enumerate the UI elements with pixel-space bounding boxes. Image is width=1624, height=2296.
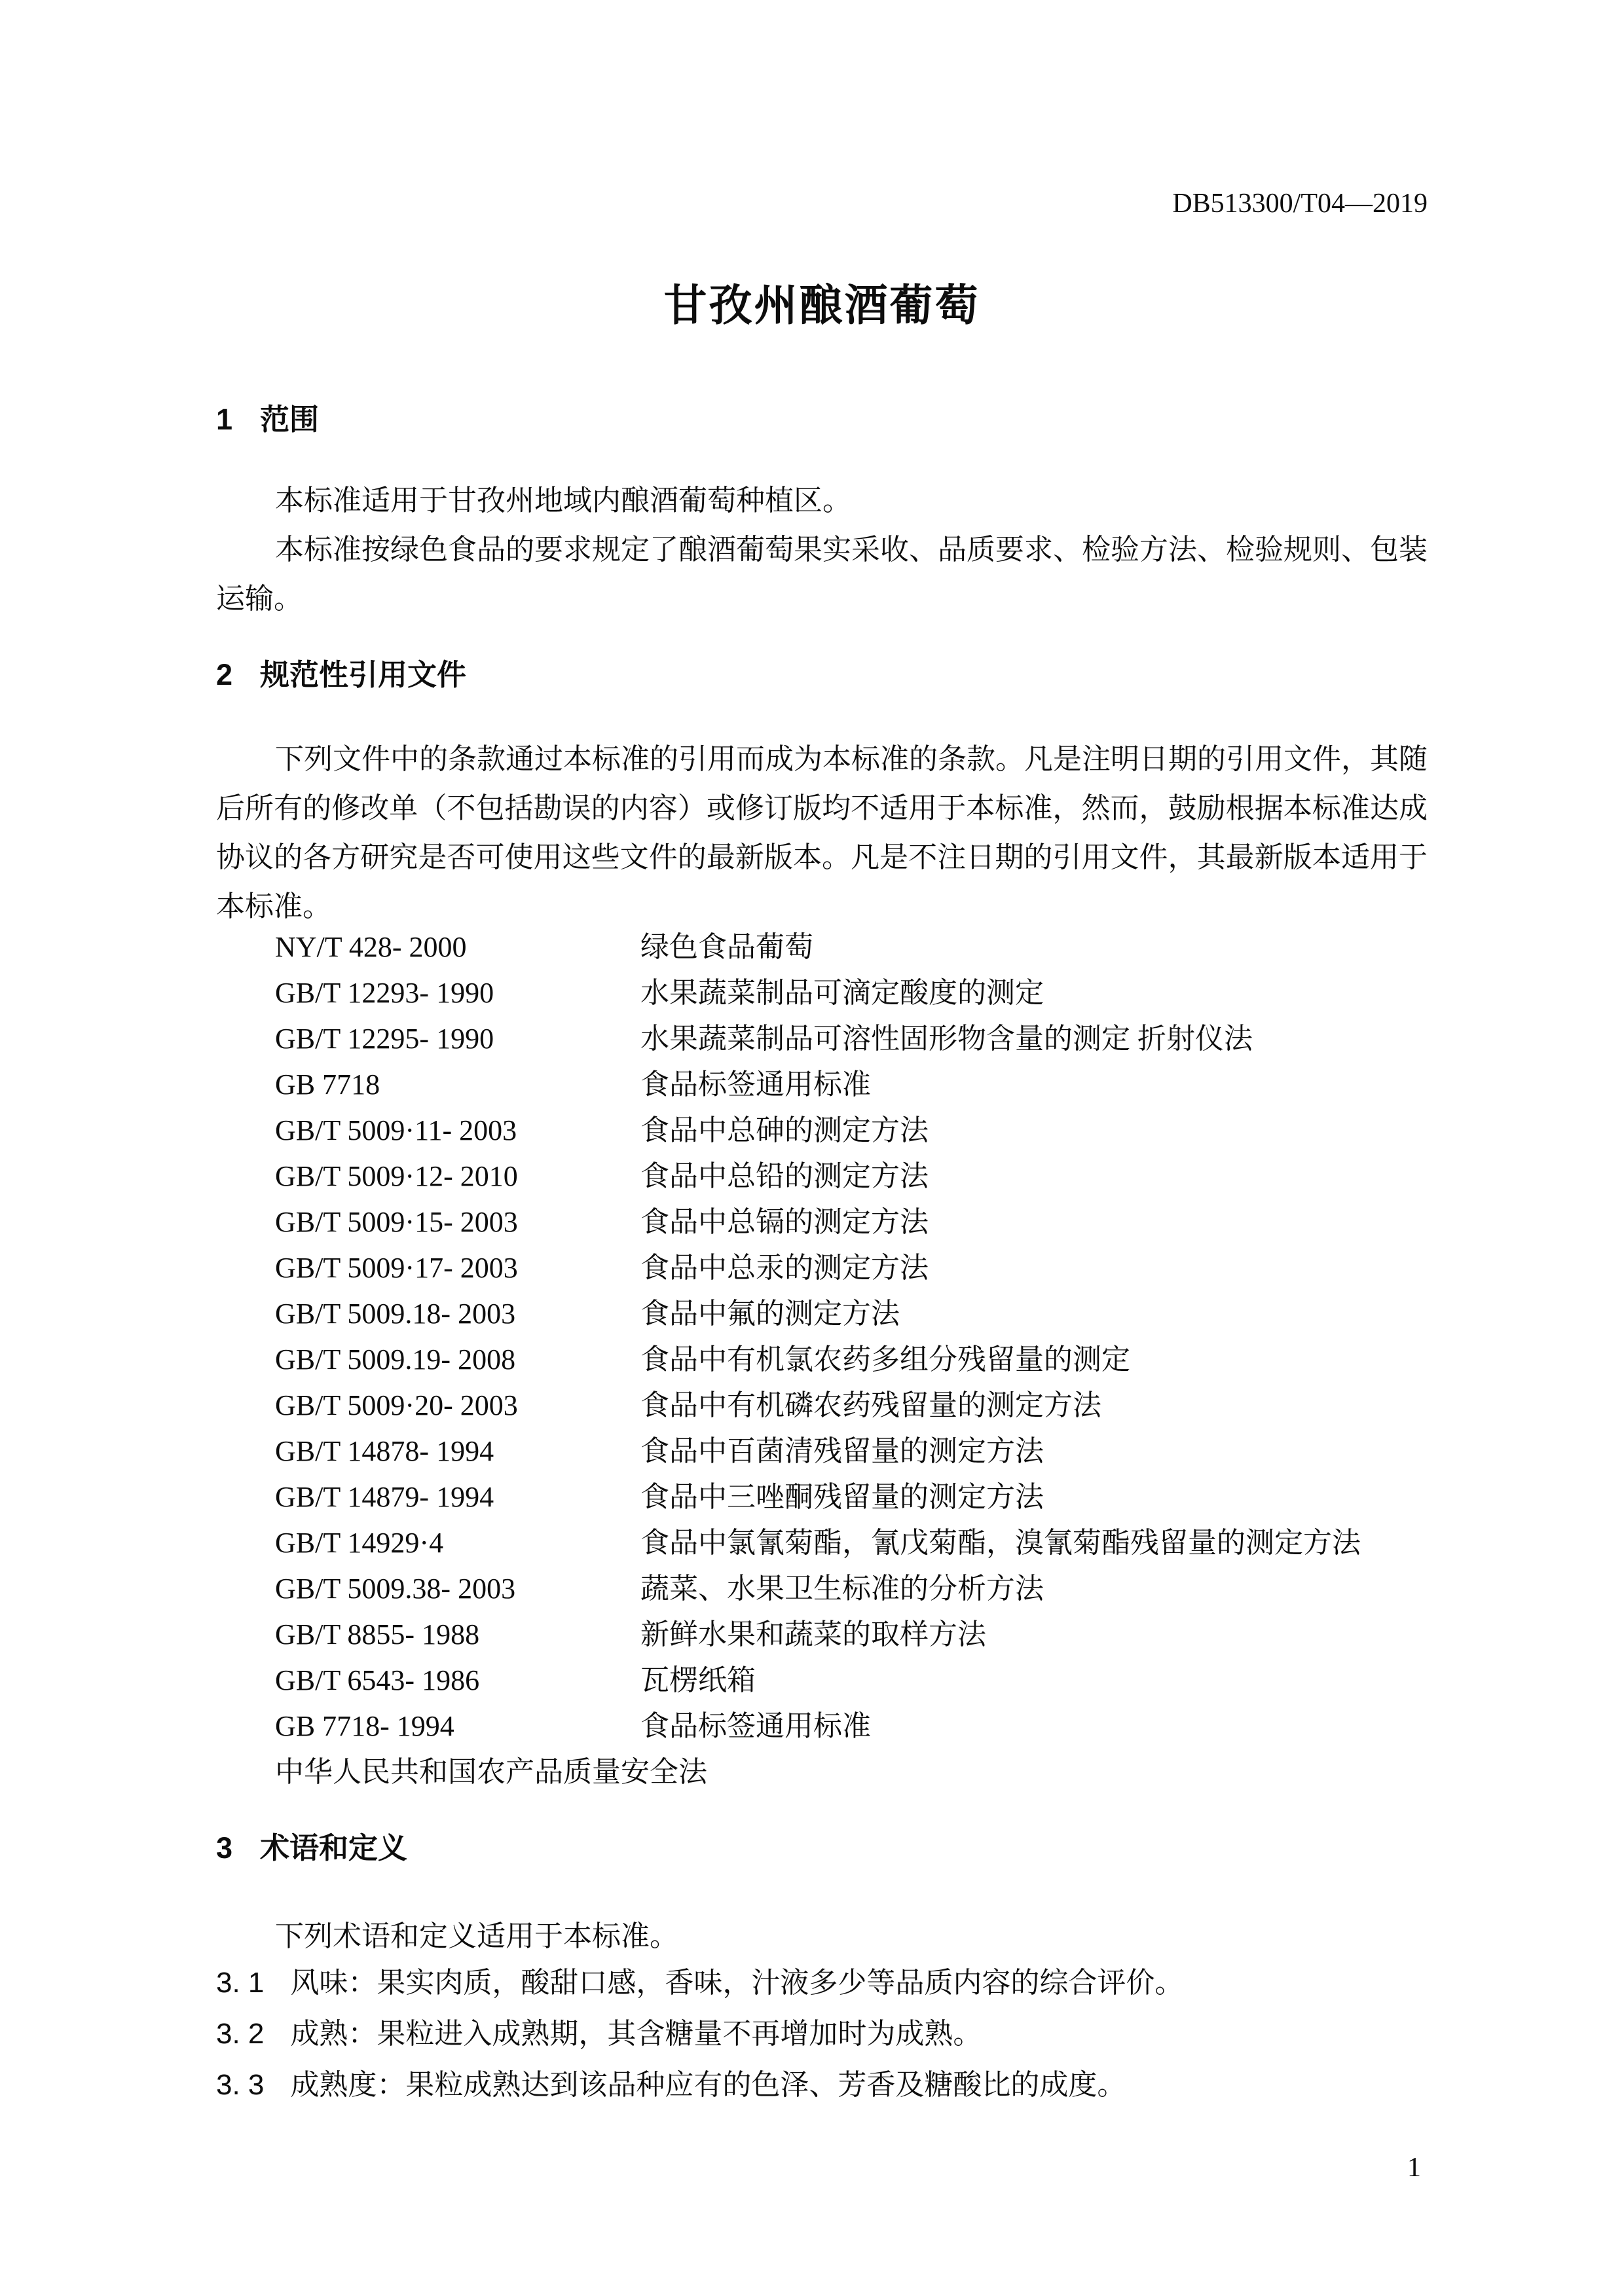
reference-code: GB/T 5009·12- 2010 bbox=[275, 1154, 640, 1199]
reference-code: GB/T 5009·11- 2003 bbox=[275, 1108, 640, 1154]
reference-row: GB/T 14879- 1994食品中三唑酮残留量的测定方法 bbox=[275, 1474, 1434, 1520]
reference-code: GB/T 5009·15- 2003 bbox=[275, 1199, 640, 1245]
section-3-intro-paragraph: 下列术语和定义适用于本标准。 bbox=[216, 1912, 1428, 1961]
reference-title: 食品标签通用标准 bbox=[640, 1068, 871, 1101]
definition-text: 风味：果实肉质，酸甜口感，香味，汁液多少等品质内容的综合评价。 bbox=[290, 1967, 1183, 1999]
reference-code: GB/T 6543- 1986 bbox=[275, 1658, 640, 1704]
reference-code: GB/T 12295- 1990 bbox=[275, 1016, 640, 1062]
section-2-heading: 2规范性引用文件 bbox=[216, 656, 1428, 694]
reference-title: 食品中有机磷农药残留量的测定方法 bbox=[640, 1389, 1101, 1421]
reference-code: GB 7718 bbox=[275, 1062, 640, 1108]
reference-title: 食品标签通用标准 bbox=[640, 1710, 871, 1742]
reference-row: GB/T 6543- 1986瓦楞纸箱 bbox=[275, 1658, 1434, 1704]
reference-row: GB 7718- 1994食品标签通用标准 bbox=[275, 1704, 1434, 1749]
reference-code: GB/T 14929·4 bbox=[275, 1520, 640, 1566]
section-2-label: 规范性引用文件 bbox=[260, 658, 466, 691]
definition-number: 3. 3 bbox=[216, 2069, 264, 2101]
reference-row: GB/T 5009.38- 2003蔬菜、水果卫生标准的分析方法 bbox=[275, 1566, 1434, 1612]
section-2-number: 2 bbox=[216, 658, 232, 691]
reference-title: 食品中总汞的测定方法 bbox=[640, 1252, 929, 1284]
reference-code: GB/T 14879- 1994 bbox=[275, 1474, 640, 1520]
reference-code: GB 7718- 1994 bbox=[275, 1704, 640, 1749]
reference-row: GB/T 14878- 1994食品中百菌清残留量的测定方法 bbox=[275, 1429, 1434, 1474]
reference-row: GB 7718食品标签通用标准 bbox=[275, 1062, 1434, 1108]
reference-row: GB/T 8855- 1988新鲜水果和蔬菜的取样方法 bbox=[275, 1612, 1434, 1658]
definition-text: 成熟：果粒进入成熟期，其含糖量不再增加时为成熟。 bbox=[290, 2018, 982, 2050]
definition-row: 3. 3成熟度：果粒成熟达到该品种应有的色泽、芳香及糖酸比的成度。 bbox=[216, 2066, 1428, 2104]
section-3-number: 3 bbox=[216, 1831, 232, 1865]
reference-code: GB/T 5009.19- 2008 bbox=[275, 1337, 640, 1383]
reference-code: GB/T 5009.18- 2003 bbox=[275, 1291, 640, 1337]
reference-row: GB/T 5009.18- 2003食品中氟的测定方法 bbox=[275, 1291, 1434, 1337]
reference-title: 水果蔬菜制品可滴定酸度的测定 bbox=[640, 977, 1044, 1009]
reference-title: 瓦楞纸箱 bbox=[640, 1664, 756, 1696]
section-1-heading: 1范围 bbox=[216, 401, 1428, 439]
definition-row: 3. 1风味：果实肉质，酸甜口感，香味，汁液多少等品质内容的综合评价。 bbox=[216, 1964, 1428, 2002]
reference-title: 食品中总镉的测定方法 bbox=[640, 1206, 929, 1238]
reference-row: GB/T 12295- 1990水果蔬菜制品可溶性固形物含量的测定 折射仪法 bbox=[275, 1016, 1434, 1062]
reference-code: 中华人民共和国农产品质量安全法 bbox=[275, 1749, 707, 1795]
definition-text: 成熟度：果粒成熟达到该品种应有的色泽、芳香及糖酸比的成度。 bbox=[290, 2069, 1126, 2101]
reference-title: 食品中百菌清残留量的测定方法 bbox=[640, 1435, 1044, 1467]
reference-code: GB/T 12293- 1990 bbox=[275, 970, 640, 1016]
section-1-paragraph-2: 本标准按绿色食品的要求规定了酿酒葡萄果实采收、品质要求、检验方法、检验规则、包装… bbox=[216, 525, 1428, 623]
reference-title: 食品中三唑酮残留量的测定方法 bbox=[640, 1481, 1044, 1513]
reference-code: GB/T 5009.38- 2003 bbox=[275, 1566, 640, 1612]
normative-references-list: NY/T 428- 2000绿色食品葡萄 GB/T 12293- 1990水果蔬… bbox=[275, 924, 1434, 1795]
reference-title: 水果蔬菜制品可溶性固形物含量的测定 折射仪法 bbox=[640, 1023, 1253, 1055]
reference-code: NY/T 428- 2000 bbox=[275, 924, 640, 970]
reference-row: GB/T 5009·20- 2003食品中有机磷农药残留量的测定方法 bbox=[275, 1383, 1434, 1429]
section-1-number: 1 bbox=[216, 403, 232, 436]
definition-number: 3. 2 bbox=[216, 2018, 264, 2050]
section-1-paragraph-1: 本标准适用于甘孜州地域内酿酒葡萄种植区。 bbox=[216, 476, 1428, 525]
reference-row: GB/T 5009·15- 2003食品中总镉的测定方法 bbox=[275, 1199, 1434, 1245]
reference-title: 食品中氯氰菊酯，氰戊菊酯，溴氰菊酯残留量的测定方法 bbox=[640, 1527, 1361, 1559]
section-1-label: 范围 bbox=[260, 403, 319, 436]
reference-row: GB/T 5009·17- 2003食品中总汞的测定方法 bbox=[275, 1245, 1434, 1291]
reference-row: GB/T 12293- 1990水果蔬菜制品可滴定酸度的测定 bbox=[275, 970, 1434, 1016]
reference-code: GB/T 8855- 1988 bbox=[275, 1612, 640, 1658]
section-3-heading: 3术语和定义 bbox=[216, 1829, 1428, 1867]
page-title: 甘孜州酿酒葡萄 bbox=[216, 272, 1428, 338]
reference-title: 绿色食品葡萄 bbox=[640, 931, 813, 963]
reference-row: GB/T 5009·11- 2003食品中总砷的测定方法 bbox=[275, 1108, 1434, 1154]
page-number: 1 bbox=[216, 2151, 1421, 2184]
standard-number: DB513300/T04—2019 bbox=[216, 187, 1428, 220]
section-3-label: 术语和定义 bbox=[260, 1831, 407, 1865]
reference-title: 食品中氟的测定方法 bbox=[640, 1298, 900, 1330]
reference-title: 蔬菜、水果卫生标准的分析方法 bbox=[640, 1573, 1044, 1605]
reference-row: 中华人民共和国农产品质量安全法 bbox=[275, 1749, 1434, 1795]
reference-row: NY/T 428- 2000绿色食品葡萄 bbox=[275, 924, 1434, 970]
document-page: DB513300/T04—2019 甘孜州酿酒葡萄 1范围 本标准适用于甘孜州地… bbox=[0, 0, 1624, 2296]
reference-title: 食品中总砷的测定方法 bbox=[640, 1114, 929, 1146]
reference-code: GB/T 14878- 1994 bbox=[275, 1429, 640, 1474]
reference-code: GB/T 5009·20- 2003 bbox=[275, 1383, 640, 1429]
definition-number: 3. 1 bbox=[216, 1967, 264, 1999]
reference-row: GB/T 5009·12- 2010食品中总铅的测定方法 bbox=[275, 1154, 1434, 1199]
definition-row: 3. 2成熟：果粒进入成熟期，其含糖量不再增加时为成熟。 bbox=[216, 2015, 1428, 2053]
reference-row: GB/T 14929·4食品中氯氰菊酯，氰戊菊酯，溴氰菊酯残留量的测定方法 bbox=[275, 1520, 1434, 1566]
reference-title: 新鲜水果和蔬菜的取样方法 bbox=[640, 1618, 986, 1650]
reference-code: GB/T 5009·17- 2003 bbox=[275, 1245, 640, 1291]
section-2-intro-paragraph: 下列文件中的条款通过本标准的引用而成为本标准的条款。凡是注明日期的引用文件，其随… bbox=[216, 735, 1428, 931]
reference-row: GB/T 5009.19- 2008食品中有机氯农药多组分残留量的测定 bbox=[275, 1337, 1434, 1383]
reference-title: 食品中总铅的测定方法 bbox=[640, 1160, 929, 1192]
reference-title: 食品中有机氯农药多组分残留量的测定 bbox=[640, 1343, 1130, 1376]
